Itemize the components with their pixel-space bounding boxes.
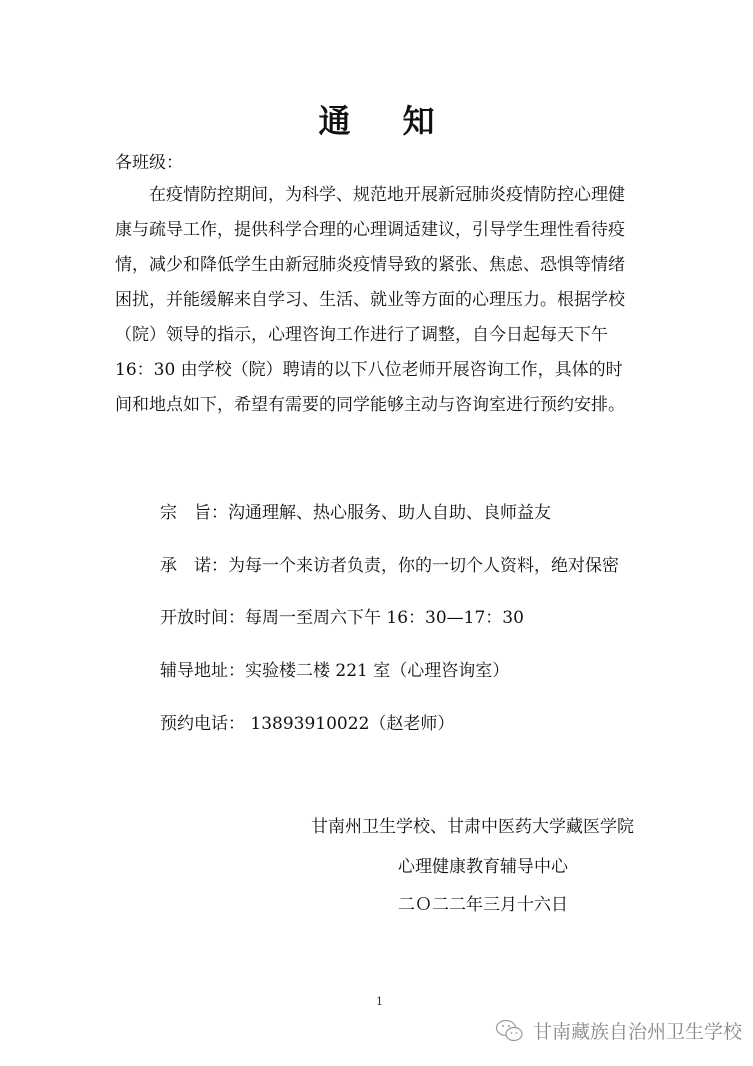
info-label: 预约电话：: [160, 714, 245, 734]
info-purpose: 宗 旨：沟通理解、热心服务、助人自助、良师益友: [160, 498, 551, 523]
body-line: 间和地点如下，希望有需要的同学能够主动与咨询室进行预约安排。: [115, 388, 650, 423]
wechat-icon: [495, 1019, 525, 1043]
info-label: 开放时间：: [160, 608, 245, 628]
info-value: 为每一个来访者负责，你的一切个人资料，绝对保密: [228, 556, 619, 576]
signature-dept: 心理健康教育辅导中心: [398, 852, 568, 877]
info-address: 辅导地址：实验楼二楼 221 室（心理咨询室）: [160, 656, 509, 681]
document-title: 通知: [0, 96, 753, 142]
signature-date: 二Ｏ二二年三月十六日: [398, 890, 568, 915]
info-hours: 开放时间：每周一至周六下午 16：30—17：30: [160, 603, 524, 628]
info-value: 每周一至周六下午 16：30—17：30: [245, 608, 524, 628]
body-line: 康与疏导工作，提供科学合理的心理调适建议，引导学生理性看待疫: [115, 213, 650, 248]
info-label: 辅导地址：: [160, 661, 245, 681]
info-value: 实验楼二楼 221 室（心理咨询室）: [245, 661, 509, 681]
title-char: 通: [318, 96, 350, 142]
body-line: 在疫情防控期间，为科学、规范地开展新冠肺炎疫情防控心理健: [115, 178, 650, 213]
watermark: 甘南藏族自治州卫生学校: [495, 1017, 742, 1044]
info-label: 承 诺：: [160, 556, 228, 576]
body-line: 情，减少和降低学生由新冠肺炎疫情导致的紧张、焦虑、恐惧等情绪: [115, 248, 650, 283]
title-char: 知: [403, 96, 435, 142]
page-number: 1: [376, 995, 383, 1008]
signature-org: 甘南州卫生学校、甘肃中医药大学藏医学院: [311, 812, 634, 837]
info-promise: 承 诺：为每一个来访者负责，你的一切个人资料，绝对保密: [160, 551, 619, 576]
body-line: 困扰，并能缓解来自学习、生活、就业等方面的心理压力。根据学校: [115, 283, 650, 318]
body-line: （院）领导的指示，心理咨询工作进行了调整，自今日起每天下午: [115, 318, 650, 353]
info-value: 13893910022（赵老师）: [245, 714, 454, 734]
info-phone: 预约电话： 13893910022（赵老师）: [160, 709, 454, 734]
body-line: 16：30 由学校（院）聘请的以下八位老师开展咨询工作，具体的时: [115, 353, 650, 388]
info-value: 沟通理解、热心服务、助人自助、良师益友: [228, 503, 551, 523]
watermark-text: 甘南藏族自治州卫生学校: [533, 1017, 742, 1044]
salutation: 各班级：: [115, 148, 183, 173]
info-label: 宗 旨：: [160, 503, 228, 523]
body-paragraph: 在疫情防控期间，为科学、规范地开展新冠肺炎疫情防控心理健 康与疏导工作，提供科学…: [115, 178, 650, 423]
